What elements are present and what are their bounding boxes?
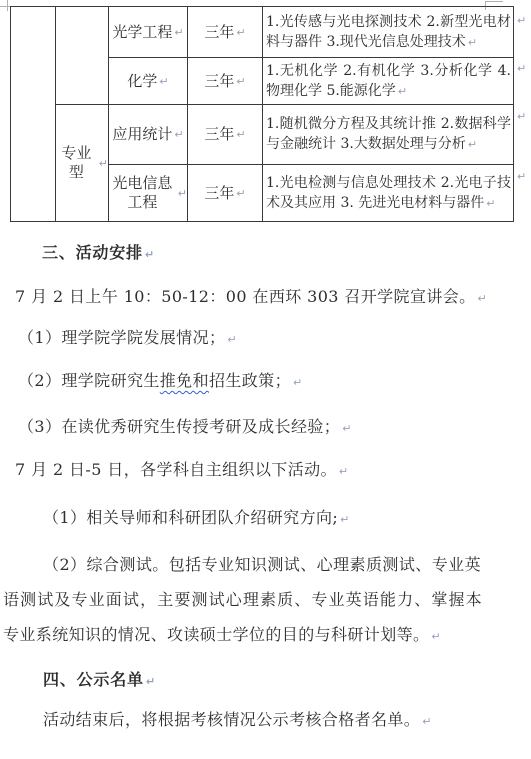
cell-end-mark-icon: ↵: [468, 138, 477, 151]
paragraph-mark-icon: ↵: [478, 292, 487, 305]
list-item-line: （2）综合测试。包括专业知识测试、心理素质测试、专业英: [43, 555, 481, 574]
section-heading-activities: 三、活动安排↵: [42, 243, 154, 264]
paragraph-meeting: 7 月 2 日上午 10：50-12：00 在西环 303 召开学院宣讲会。↵: [15, 287, 487, 308]
cell-end-mark-icon: ↵: [159, 72, 168, 91]
crop-mark-top-right-h: [485, 1, 503, 2]
paragraph-text: 7 月 2 日上午 10：50-12：00 在西环 303 召开学院宣讲会。: [15, 287, 476, 306]
paragraph-text: （2）理学院研究生: [18, 371, 160, 390]
row-end-mark-icon: ↵: [517, 14, 526, 27]
table-row-duration-cell: 三年↵: [188, 7, 263, 58]
crop-mark-top-left-v: [7, 0, 8, 11]
cell-end-mark-icon: ↵: [398, 85, 407, 98]
paragraph-mark-icon: ↵: [145, 248, 154, 261]
paragraph-mark-icon: ↵: [339, 465, 348, 478]
table-row-courses-cell: 1.无机化学 2.有机化学 3.分析化学 4.物理化学 5.能源化学↵: [263, 58, 514, 105]
paragraph-text: （1）理学院学院发展情况；: [18, 328, 225, 347]
list-item: （1）相关导师和科研团队介绍研究方向;↵: [43, 508, 349, 529]
list-item: （2）理学院研究生推免和招生政策；↵: [18, 371, 302, 392]
paragraph-mark-icon: ↵: [342, 422, 351, 435]
program-name: 化学: [127, 72, 157, 91]
row-end-mark-icon: ↵: [517, 170, 526, 183]
cell-end-mark-icon: ↵: [174, 23, 183, 42]
paragraph-mark-icon: ↵: [293, 376, 302, 389]
table-row-courses-cell: 1.光传感与光电探测技术 2.新型光电材料与器件 3.现代光信息处理技术↵: [263, 7, 514, 58]
courses-text: 1.光电检测与信息处理技术 2.光电子技术及其应用 3. 先进光电材料与器件: [266, 175, 511, 211]
duration: 三年: [204, 184, 234, 203]
spellcheck-wavy-text: 推免和: [160, 371, 209, 390]
row-end-mark-icon: ↵: [517, 62, 526, 75]
cell-end-mark-icon: ↵: [174, 125, 183, 144]
row-end-mark-icon: ↵: [517, 110, 526, 123]
cell-end-mark-icon: ↵: [468, 36, 477, 49]
table-row-courses-cell: 1.光电检测与信息处理技术 2.光电子技术及其应用 3. 先进光电材料与器件↵: [263, 165, 514, 222]
duration: 三年: [204, 125, 234, 144]
cell-end-mark-icon: ↵: [99, 154, 108, 173]
paragraph-text: 招生政策；: [209, 371, 291, 390]
program-name: 光电信息工程: [109, 174, 176, 212]
paragraph-text: 7 月 2 日-5 日，各学科自主组织以下活动。: [15, 460, 337, 479]
cell-end-mark-icon: ↵: [178, 184, 187, 203]
paragraph-mark-icon: ↵: [422, 715, 431, 728]
paragraph-text: 活动结束后，将根据考核情况公示考核合格者名单。: [43, 710, 420, 729]
table-row-duration-cell: 三年↵: [188, 165, 263, 222]
programs-table: 专业型↵ 光学工程↵ 三年↵ 1.光传感与光电探测技术 2.新型光电材料与器件 …: [10, 6, 514, 222]
courses-text: 1.无机化学 2.有机化学 3.分析化学 4.物理化学 5.能源化学: [266, 63, 511, 99]
paragraph-mark-icon: ↵: [227, 333, 236, 346]
program-name: 应用统计: [112, 125, 172, 144]
paragraph-text: （1）相关导师和科研团队介绍研究方向;: [43, 508, 338, 527]
section-heading-publicity: 四、公示名单↵: [43, 670, 155, 691]
heading-text: 四、公示名单: [43, 670, 144, 689]
table-row-duration-cell: 三年↵: [188, 105, 263, 165]
cell-end-mark-icon: ↵: [236, 72, 245, 91]
paragraph-publicity: 活动结束后，将根据考核情况公示考核合格者名单。↵: [43, 710, 431, 731]
table-cell-empty-left: [11, 7, 56, 222]
duration: 三年: [204, 23, 234, 42]
table-row-program-cell: 光学工程↵: [109, 7, 188, 58]
cell-end-mark-icon: ↵: [236, 125, 245, 144]
table-row-program-cell: 化学↵: [109, 58, 188, 105]
table-row-courses-cell: 1.随机微分方程及其统计推 2.数据科学与金融统计 3.大数据处理与分析↵: [263, 105, 514, 165]
table-cell-empty-group-top: [56, 7, 109, 105]
cell-end-mark-icon: ↵: [236, 23, 245, 42]
list-item: （3）在读优秀研究生传授考研及成长经验；↵: [18, 417, 351, 438]
table-row-program-cell: 应用统计↵: [109, 105, 188, 165]
paragraph-mark-icon: ↵: [431, 630, 440, 643]
heading-text: 三、活动安排: [42, 243, 143, 262]
table-cell-group-label: 专业型↵: [56, 105, 109, 222]
paragraph-mark-icon: ↵: [340, 513, 349, 526]
cell-end-mark-icon: ↵: [236, 184, 245, 203]
paragraph-text: 专业系统知识的情况、攻读硕士学位的目的与科研计划等。: [3, 625, 429, 644]
cell-end-mark-icon: ↵: [486, 197, 495, 210]
table-row-duration-cell: 三年↵: [188, 58, 263, 105]
document-page: 专业型↵ 光学工程↵ 三年↵ 1.光传感与光电探测技术 2.新型光电材料与器件 …: [0, 0, 531, 759]
list-item-line: 语测试及专业面试，主要测试心理素质、专业英语能力、掌握本: [3, 590, 482, 609]
list-item: （1）理学院学院发展情况；↵: [18, 328, 237, 349]
paragraph-activities: 7 月 2 日-5 日，各学科自主组织以下活动。↵: [15, 460, 348, 481]
paragraph-mark-icon: ↵: [146, 675, 155, 688]
duration: 三年: [204, 72, 234, 91]
table-row-program-cell: 光电信息工程↵: [109, 165, 188, 222]
group-label-text: 专业型: [56, 144, 97, 182]
list-item-line: 专业系统知识的情况、攻读硕士学位的目的与科研计划等。↵: [3, 625, 441, 646]
paragraph-text: （3）在读优秀研究生传授考研及成长经验；: [18, 417, 340, 436]
program-name: 光学工程: [112, 23, 172, 42]
